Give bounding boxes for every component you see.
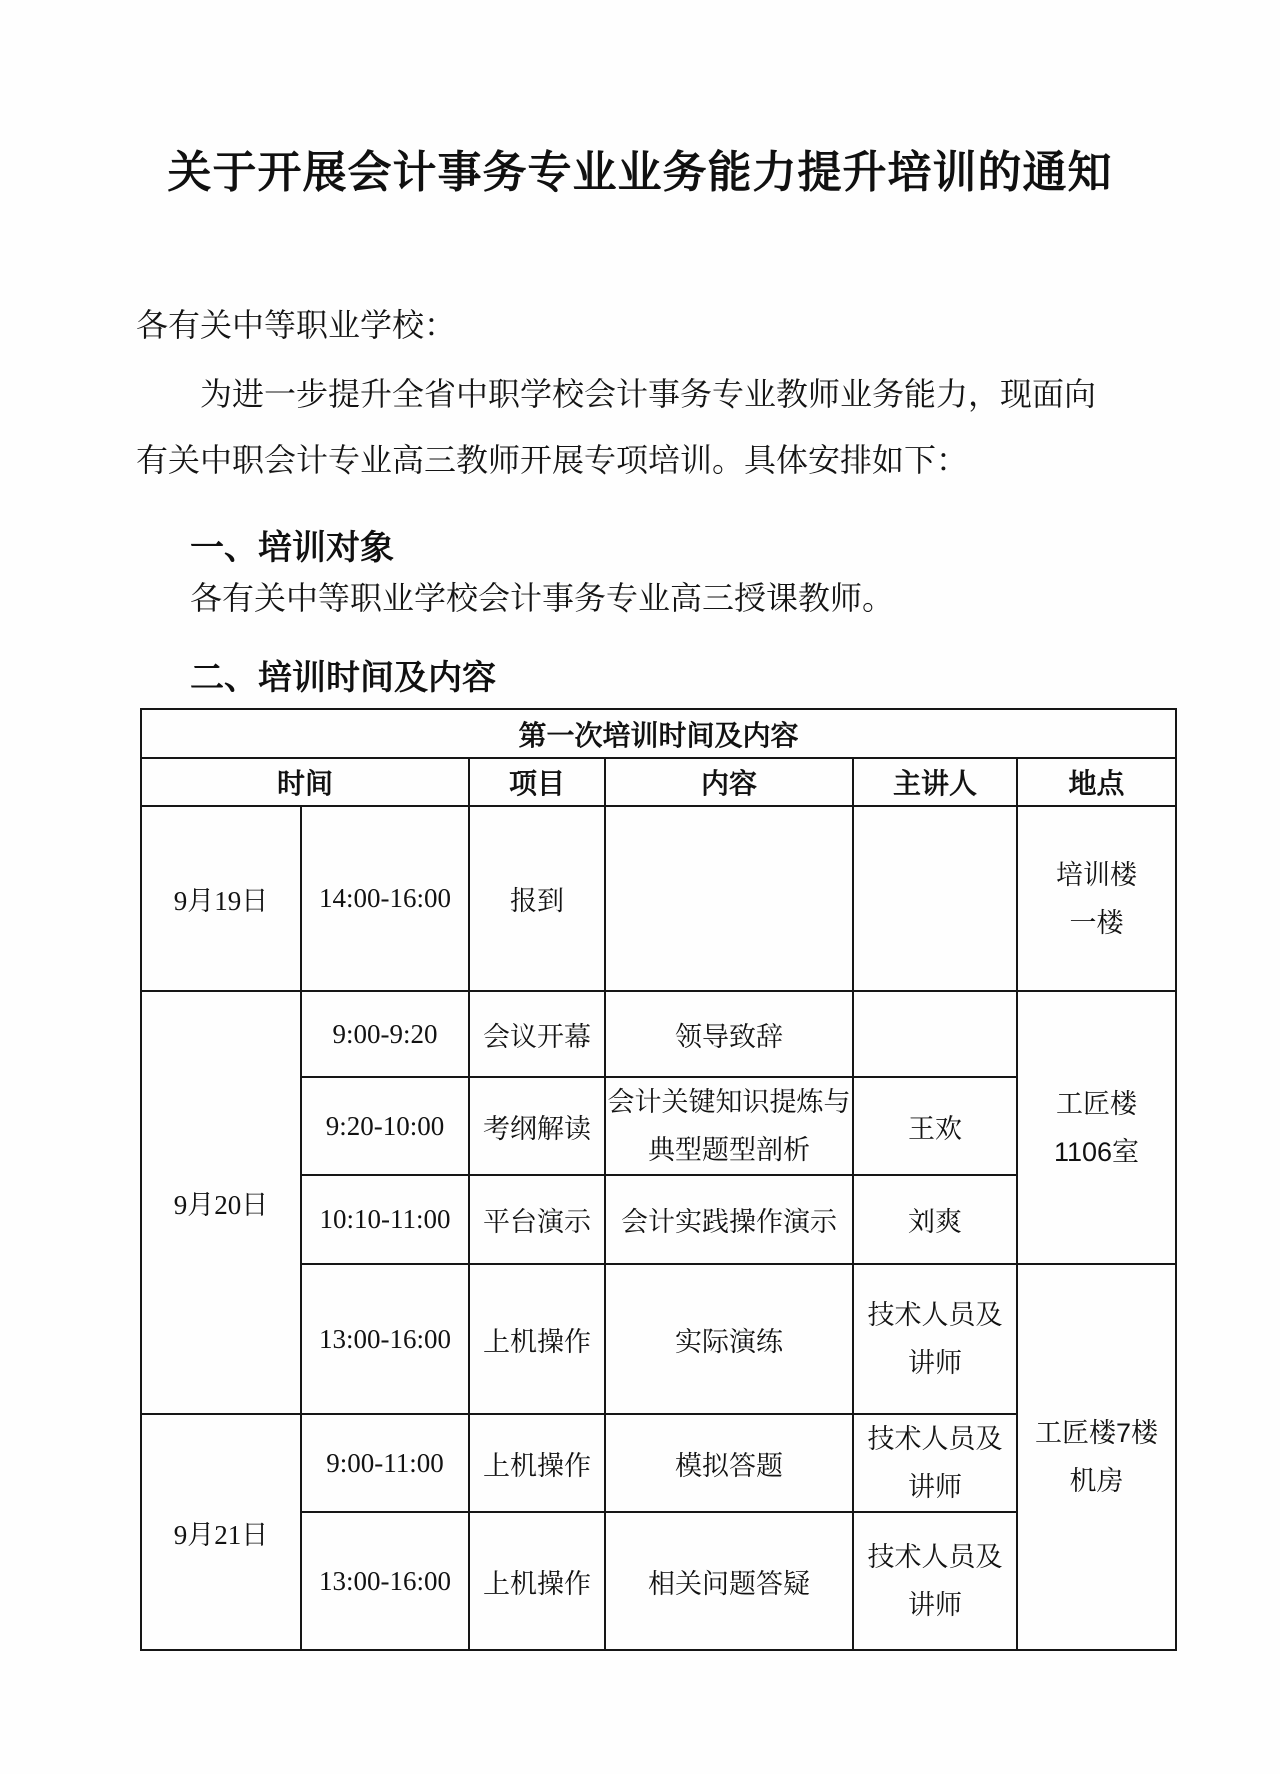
cell-r5-location-line-2: 机房	[1018, 1457, 1175, 1505]
cell-r4-item: 平台演示	[469, 1175, 605, 1264]
cell-r7-speaker-line-1: 技术人员及	[854, 1533, 1016, 1581]
cell-r2-location: 工匠楼 1106室	[1017, 991, 1176, 1264]
cell-r2-date: 9月20日	[141, 991, 301, 1414]
cell-r1-location-line-2: 一楼	[1018, 899, 1175, 947]
cell-r1-date: 9月19日	[141, 806, 301, 991]
cell-r7-content: 相关问题答疑	[605, 1512, 853, 1650]
cell-r1-item: 报到	[469, 806, 605, 991]
cell-r1-speaker	[853, 806, 1017, 991]
section-2-heading: 二、培训时间及内容	[190, 650, 496, 699]
col-header-item: 项目	[469, 758, 605, 806]
cell-r7-item: 上机操作	[469, 1512, 605, 1650]
cell-r3-speaker: 王欢	[853, 1077, 1017, 1175]
cell-r2-content: 领导致辞	[605, 991, 853, 1077]
table-caption: 第一次培训时间及内容	[141, 709, 1176, 758]
cell-r3-content-line-2: 典型题型剖析	[606, 1126, 852, 1174]
cell-r7-time: 13:00-16:00	[301, 1512, 469, 1650]
cell-r2-speaker	[853, 991, 1017, 1077]
cell-r5-content: 实际演练	[605, 1264, 853, 1414]
cell-r3-content: 会计关键知识提炼与 典型题型剖析	[605, 1077, 853, 1175]
intro-line-1: 为进一步提升全省中职学校会计事务专业教师业务能力，现面向	[200, 374, 1096, 414]
cell-r4-content: 会计实践操作演示	[605, 1175, 853, 1264]
cell-r1-time: 14:00-16:00	[301, 806, 469, 991]
section-1-heading: 一、培训对象	[190, 520, 394, 569]
intro-line-2: 有关中职会计专业高三教师开展专项培训。具体安排如下：	[136, 440, 968, 480]
cell-r4-time: 10:10-11:00	[301, 1175, 469, 1264]
cell-r1-location-line-1: 培训楼	[1018, 851, 1175, 899]
document-title: 关于开展会计事务专业业务能力提升培训的通知	[0, 136, 1280, 200]
cell-r3-time: 9:20-10:00	[301, 1077, 469, 1175]
salutation: 各有关中等职业学校：	[136, 305, 456, 345]
col-header-content: 内容	[605, 758, 853, 806]
cell-r6-speaker-line-2: 讲师	[854, 1463, 1016, 1511]
cell-r1-location: 培训楼 一楼	[1017, 806, 1176, 991]
cell-r5-time: 13:00-16:00	[301, 1264, 469, 1414]
cell-r7-speaker-line-2: 讲师	[854, 1581, 1016, 1629]
cell-r6-content: 模拟答题	[605, 1414, 853, 1512]
cell-r5-item: 上机操作	[469, 1264, 605, 1414]
cell-r2-location-line-1: 工匠楼	[1018, 1080, 1175, 1128]
cell-r6-item: 上机操作	[469, 1414, 605, 1512]
cell-r2-time: 9:00-9:20	[301, 991, 469, 1077]
cell-r7-speaker: 技术人员及 讲师	[853, 1512, 1017, 1650]
col-header-speaker: 主讲人	[853, 758, 1017, 806]
cell-r6-speaker-line-1: 技术人员及	[854, 1415, 1016, 1463]
table-row: 9月20日 9:00-9:20 会议开幕 领导致辞 工匠楼 1106室	[141, 991, 1176, 1077]
cell-r1-content	[605, 806, 853, 991]
cell-r6-date: 9月21日	[141, 1414, 301, 1650]
cell-r5-location: 工匠楼7楼 机房	[1017, 1264, 1176, 1650]
col-header-location: 地点	[1017, 758, 1176, 806]
col-header-time: 时间	[141, 758, 469, 806]
cell-r4-speaker: 刘爽	[853, 1175, 1017, 1264]
cell-r2-item: 会议开幕	[469, 991, 605, 1077]
cell-r5-speaker-line-2: 讲师	[854, 1339, 1016, 1387]
cell-r5-location-line-1: 工匠楼7楼	[1018, 1409, 1175, 1457]
table-row: 9月19日 14:00-16:00 报到 培训楼 一楼	[141, 806, 1176, 991]
schedule-table: 第一次培训时间及内容 时间 项目 内容 主讲人 地点 9月19日 14:00-1…	[140, 708, 1177, 1651]
cell-r2-location-line-2: 1106室	[1018, 1128, 1175, 1176]
section-1-text: 各有关中等职业学校会计事务专业高三授课教师。	[190, 578, 894, 618]
cell-r6-speaker: 技术人员及 讲师	[853, 1414, 1017, 1512]
cell-r5-speaker-line-1: 技术人员及	[854, 1291, 1016, 1339]
cell-r5-speaker: 技术人员及 讲师	[853, 1264, 1017, 1414]
page: 关于开展会计事务专业业务能力提升培训的通知 各有关中等职业学校： 为进一步提升全…	[0, 0, 1280, 1774]
cell-r3-item: 考纲解读	[469, 1077, 605, 1175]
cell-r6-time: 9:00-11:00	[301, 1414, 469, 1512]
cell-r3-content-line-1: 会计关键知识提炼与	[606, 1078, 852, 1126]
